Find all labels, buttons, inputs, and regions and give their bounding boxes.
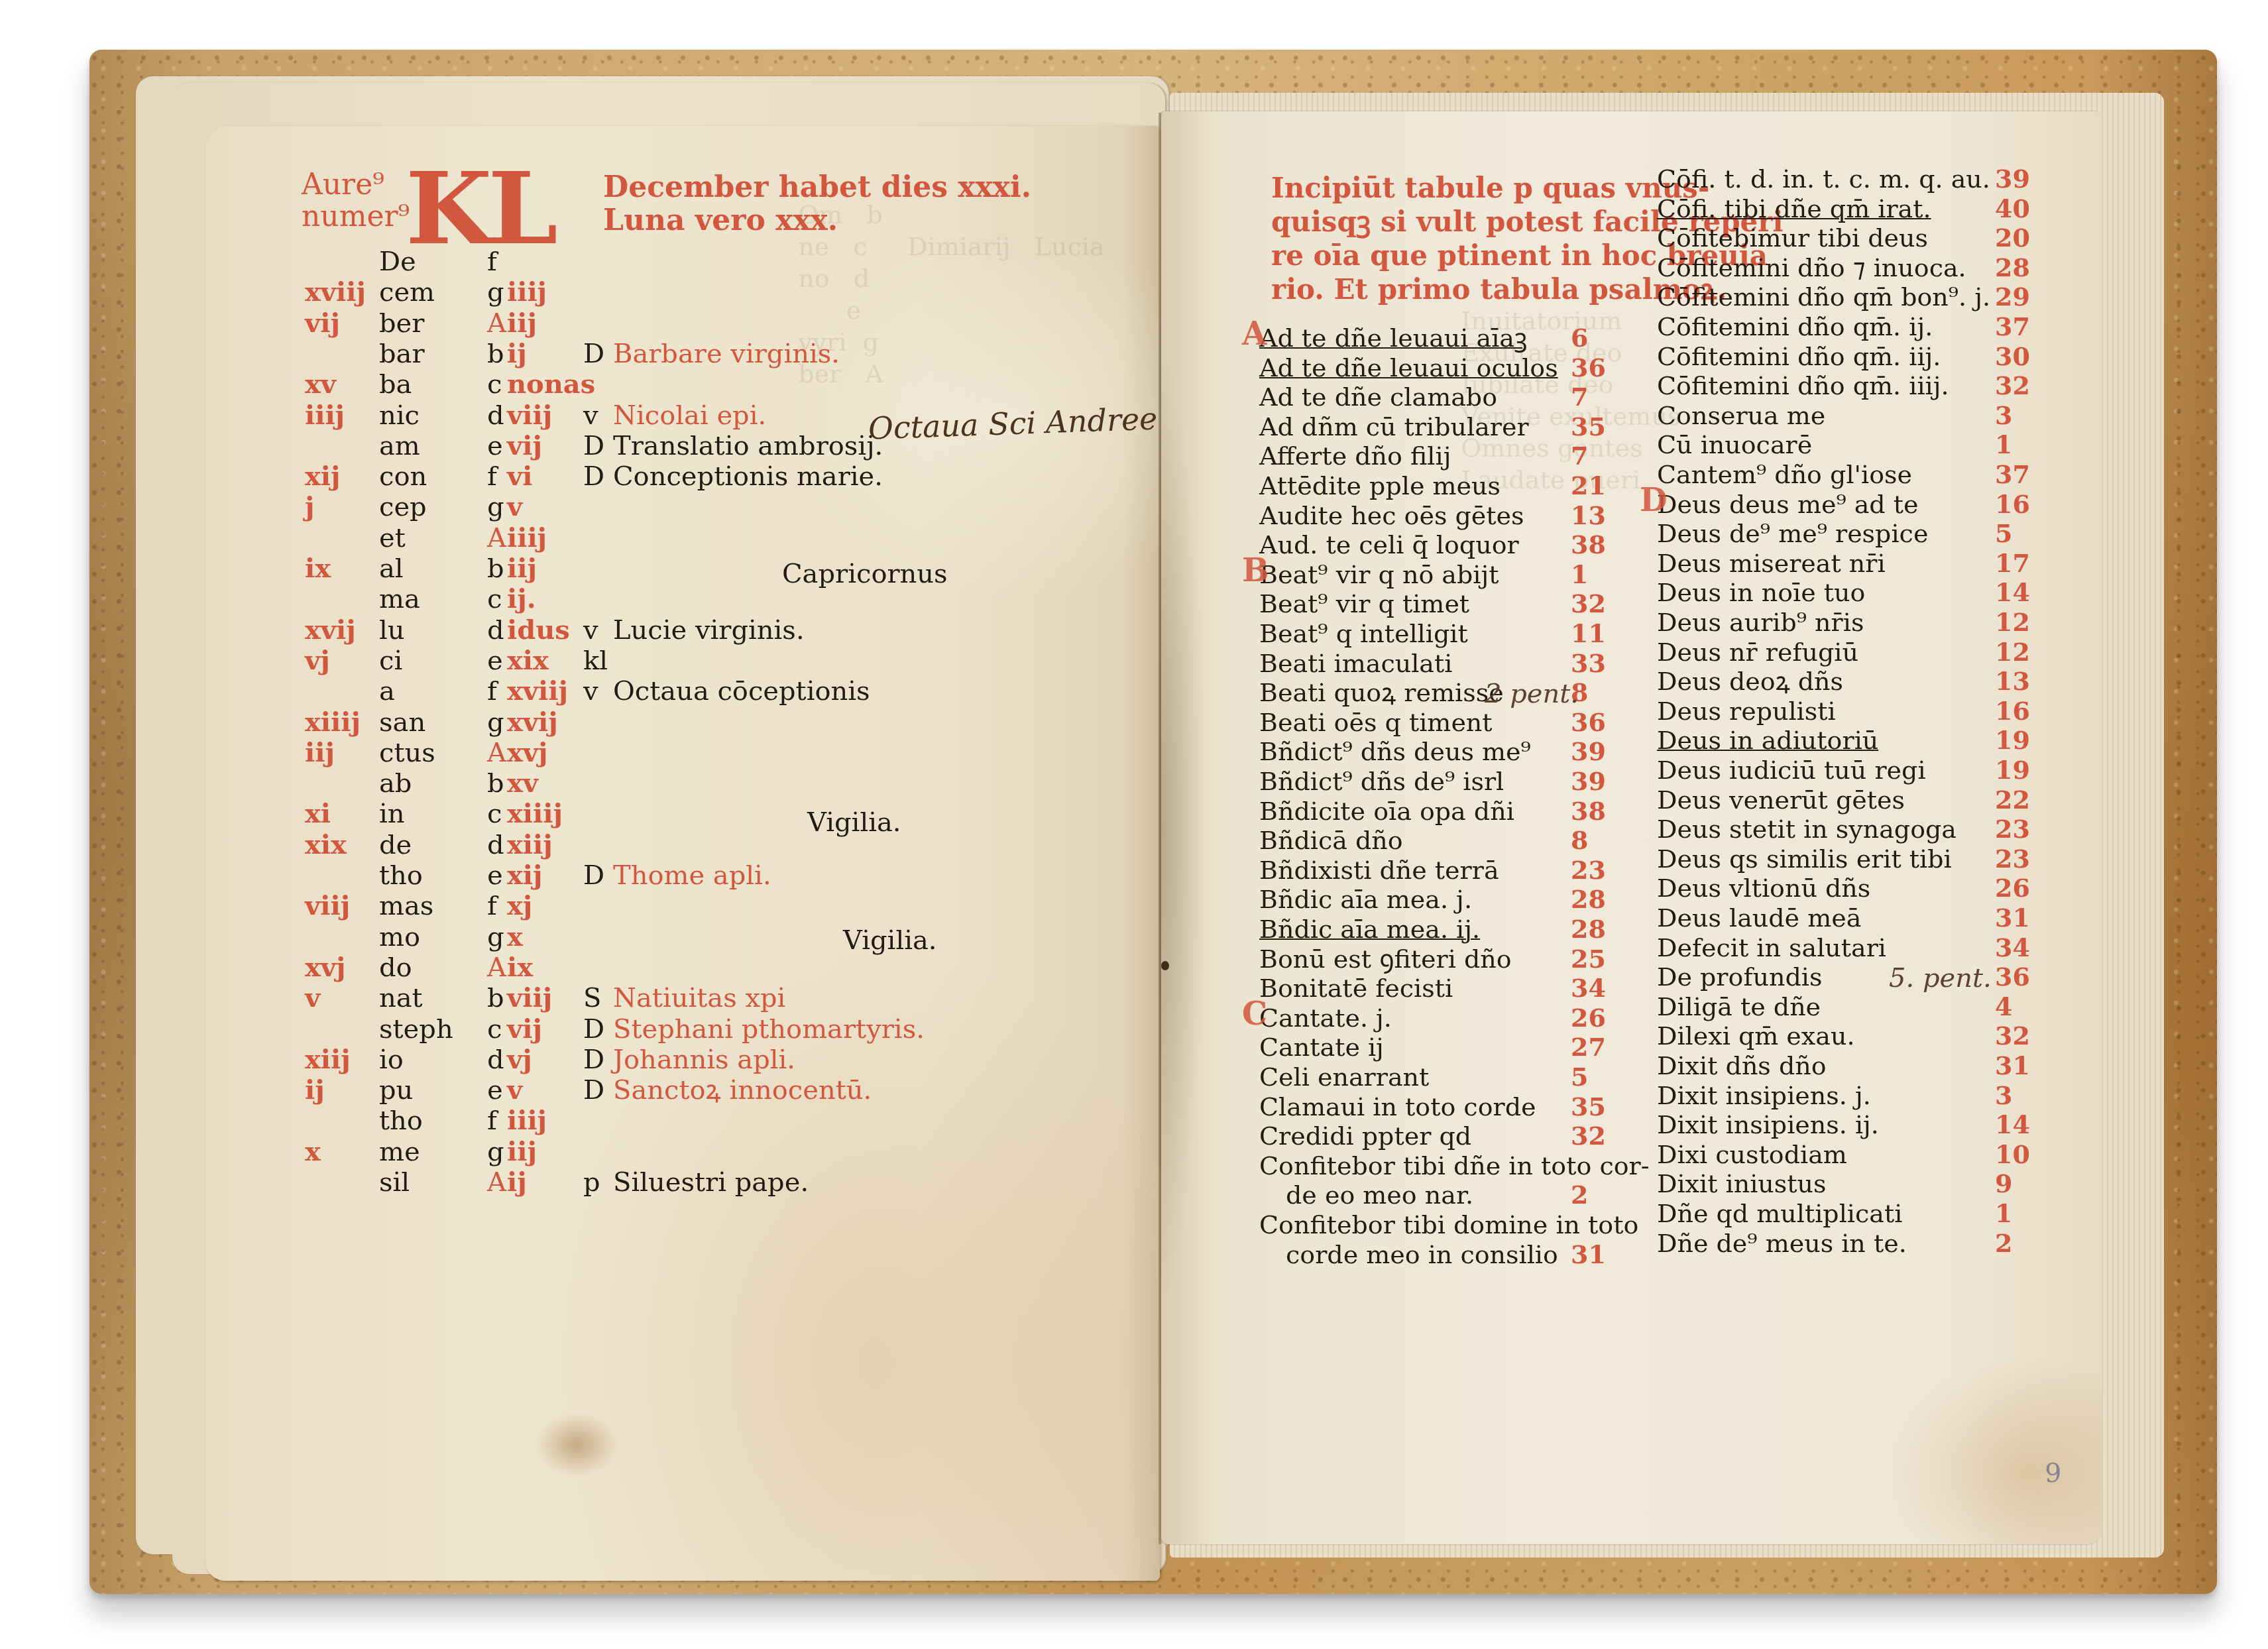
folio-number: 11 [1571,619,1606,648]
golden-number: xvj [305,952,346,983]
folio-number: 26 [1995,874,2030,903]
dominical-letter: c [487,369,502,400]
index-entry: Bñdic aīa mea. ij.28 [1259,915,1630,944]
roman-day: ij [507,339,527,369]
index-entry: Deus nr̄ refugiū12 [1657,638,2028,667]
psalm-incipit: Beat⁹ vir q timet [1259,589,1469,618]
aureus-numerus-label: Aure⁹ numer⁹ [302,169,410,233]
roman-day: vj [507,1045,532,1075]
cisiojanus-syllable: tho [379,860,423,891]
psalm-incipit: Beati imaculati [1259,649,1452,678]
psalm-incipit: Bñdicite oīa opa dñi [1259,797,1514,826]
roman-day: iiij [507,1106,547,1136]
cisiojanus-syllable: ctus [379,738,435,768]
index-entry: Afferte dño filij7 [1259,441,1630,471]
folio-number: 32 [1571,589,1606,618]
cisiojanus-syllable: de [379,830,412,860]
folio-number: 7 [1571,441,1588,471]
folio-number: 5 [1571,1062,1588,1092]
folio-number: 27 [1571,1033,1606,1062]
golden-number: xvij [305,615,356,646]
psalm-incipit: Cōfitemini dño ⁊ inuoca. [1657,253,1966,282]
folio-number: 28 [1995,253,2030,282]
index-entry: Beat⁹ vir q timet32 [1259,589,1630,618]
roman-day: vi [507,461,532,492]
rank-mark: kl [583,646,608,676]
vigilia-note-1: Vigilia. [807,807,901,838]
index-entry: Deus vltionū dñs26 [1657,874,2028,903]
rank-mark: S [583,983,601,1013]
manuscript-annotation: 2 pent. [1485,679,1579,709]
folio-number: 31 [1995,1051,2030,1080]
psalm-incipit: Bñdic aīa mea. ij. [1259,915,1480,944]
index-entry: Deus laudē meā31 [1657,903,2028,933]
feast-name: Barbare virginis. [613,339,840,369]
feast-name: Octaua cōceptionis [613,676,870,707]
feast-name: Natiuitas xpi [613,983,785,1013]
zodiac-capricornus: Capricornus [782,559,948,589]
folio-number: 16 [1995,490,2030,519]
dominical-letter: f [487,247,497,277]
feast-name: Nicolai epi. [613,400,766,431]
folio-number: 12 [1995,608,2030,637]
folio-number: 39 [1995,164,2030,194]
psalm-incipit: Beati oēs q timent [1259,708,1493,737]
dominical-letter: b [487,983,504,1013]
psalm-incipit: Dixi custodiam [1657,1140,1847,1169]
rank-mark: v [583,400,598,431]
index-entry: Audite hec oēs gētes13 [1259,501,1630,530]
index-entry: Bñdic aīa mea. j.28 [1259,885,1630,914]
index-entry: Bñdixisti dñe terrā23 [1259,856,1630,885]
index-entry: Deus repulisti16 [1657,697,2028,726]
cisiojanus-syllable: mo [379,922,420,952]
psalm-incipit: corde meo in consilio [1286,1240,1558,1269]
psalm-incipit: Bñdict⁹ dñs de⁹ isrl [1259,767,1504,796]
psalm-incipit: Ad te dñe clamabo [1259,382,1497,412]
psalm-incipit: Clamaui in toto corde [1259,1092,1536,1121]
index-entry: Ad dñm cū tribularer35 [1259,412,1630,441]
roman-day: xiij [507,830,553,860]
dominical-letter: g [487,707,504,738]
folio-number: 20 [1995,223,2030,253]
folio-number: 35 [1571,1092,1606,1121]
psalm-incipit: Dixit insipiens. ij. [1657,1110,1879,1139]
rank-mark: v [583,615,598,646]
psalm-incipit: Confitebor tibi dñe in toto cor- [1259,1151,1650,1180]
psalm-incipit: Cōfi. tibi dñe qm̄ irat. [1657,194,1931,223]
golden-number: ij [305,1075,325,1106]
index-entry: Bñdict⁹ dñs de⁹ isrl39 [1259,767,1630,796]
folio-number: 35 [1571,412,1606,441]
dominical-letter: b [487,339,504,369]
psalm-incipit: De profundis [1657,962,1822,992]
psalm-incipit: Cōfitemini dño qm̄. iiij. [1657,371,1949,400]
cisiojanus-syllable: ba [379,369,412,400]
golden-number: xviij [305,277,366,308]
feast-name: Sanctoꝝ innocentū. [613,1075,872,1106]
index-entry: Deus venerūt gētes22 [1657,785,2028,815]
golden-number: xix [305,830,347,860]
folio-number: 16 [1995,697,2030,726]
roman-day: vij [507,1014,542,1045]
folio-number: 9 [1995,1169,2012,1198]
index-entry: Deus misereat nr̄i17 [1657,549,2028,578]
folio-number: 37 [1995,312,2030,341]
index-entry: Bonitatē fecisti34 [1259,974,1630,1003]
psalm-incipit: Cōfitemini dño qm̄ bon⁹. j. [1657,282,1990,312]
psalm-incipit: Beat⁹ q intelligit [1259,619,1468,648]
cisiojanus-syllable: pu [379,1075,413,1106]
folio-number: 37 [1995,460,2030,489]
folio-number: 25 [1571,944,1606,974]
cisiojanus-syllable: et [379,523,406,553]
golden-number: viij [305,891,350,921]
folio-number: 10 [1995,1140,2030,1169]
index-entry: Cōfitemini dño qm̄. iij.30 [1657,342,2028,371]
rubricated-initial: A [1242,319,1267,349]
folio-number: 23 [1995,815,2030,844]
folio-number: 2 [1571,1180,1588,1210]
rank-mark: D [583,1075,604,1106]
roman-day: xix [507,646,549,676]
roman-day: ij [507,1167,527,1198]
index-entry: Diligā te dñe4 [1657,992,2028,1021]
folio-number: 13 [1571,501,1606,530]
folio-number: 21 [1571,471,1606,500]
cisiojanus-syllable: tho [379,1106,423,1136]
folio-number: 12 [1995,638,2030,667]
psalm-incipit: Cantate. j. [1259,1003,1392,1033]
roman-day: xv [507,768,538,799]
folio-number: 36 [1571,708,1606,737]
index-entry: Confitebor tibi dñe in toto cor- [1259,1151,1630,1180]
index-entry: Confitebor tibi domine in toto [1259,1210,1630,1239]
psalm-incipit: Confitebor tibi domine in toto [1259,1210,1638,1239]
vigilia-note-2: Vigilia. [843,925,937,956]
index-entry: Deus qs similis erit tibi23 [1657,844,2028,874]
cisiojanus-syllable: nat [379,983,423,1013]
dominical-letter: g [487,1137,504,1167]
dominical-letter: b [487,553,504,584]
index-entry: Dilexi qm̄ exau.32 [1657,1021,2028,1051]
sewing-thread [1161,961,1169,970]
golden-number: v [305,983,320,1013]
folio-number: 3 [1995,401,2012,430]
psalm-incipit: Deus aurib⁹ nr̄is [1657,608,1864,637]
golden-number: vij [305,308,340,339]
cisiojanus-syllable: me [379,1137,420,1167]
roman-day: xj [507,891,532,921]
roman-day: xviij [507,676,568,707]
index-entry: Cōfitemini dño qm̄ bon⁹. j.29 [1657,282,2028,312]
cisiojanus-syllable: ab [379,768,412,799]
dominical-letter: g [487,492,504,522]
dominical-letter: f [487,891,497,921]
rank-mark: D [583,860,604,891]
folio-number: 31 [1571,1240,1606,1269]
psalm-incipit: Cantem⁹ dño gl'iose [1657,460,1912,489]
index-entry: Bñdicā dño8 [1259,826,1630,855]
index-entry: Dixit insipiens. ij.14 [1657,1110,2028,1139]
index-entry: Deus deus me⁹ ad teD16 [1657,490,2028,519]
dominical-letter: d [487,1045,504,1075]
psalm-incipit: Cū inuocarē [1657,430,1812,459]
folio-number: 39 [1571,767,1606,796]
kl-initial: KL [406,159,554,258]
psalm-incipit: Bñdixisti dñe terrā [1259,856,1499,885]
cisiojanus-syllable: ma [379,584,420,614]
psalm-incipit: Deus iudiciū tuū regi [1657,756,1926,785]
psalm-incipit: Deus deus me⁹ ad te [1657,490,1919,519]
index-entry: Dixi custodiam10 [1657,1140,2028,1169]
folio-number: 26 [1571,1003,1606,1033]
index-entry: Deus in noīe tuo14 [1657,578,2028,607]
rubricated-initial: B [1242,556,1269,585]
month-heading: December habet dies xxxi. Luna vero xxx. [603,171,1031,237]
folio-number: 23 [1571,856,1606,885]
cisiojanus-syllable: al [379,553,404,584]
roman-day: v [507,1075,522,1106]
index-entry: Credidi ppter qd32 [1259,1121,1630,1151]
cisiojanus-syllable: ber [379,308,424,339]
psalm-incipit: Cantate ij [1259,1033,1384,1062]
gutter-fold [1159,113,1161,1544]
index-entry: Bñdicite oīa opa dñi38 [1259,797,1630,826]
psalm-incipit: Bñdic aīa mea. j. [1259,885,1472,914]
folio-number: 28 [1571,885,1606,914]
psalm-incipit: Deus venerūt gētes [1657,785,1905,815]
folio-number: 23 [1995,844,2030,874]
golden-number: iij [305,738,335,768]
index-entry: Deus aurib⁹ nr̄is12 [1657,608,2028,637]
folio-number: 32 [1571,1121,1606,1151]
index-entry: Ad te dñe clamabo7 [1259,382,1630,412]
golden-number: xiiij [305,707,361,738]
psalm-incipit: Diligā te dñe [1657,992,1821,1021]
manuscript-annotation: 5. pent. [1889,964,1992,993]
psalm-incipit: Celi enarrant [1259,1062,1429,1092]
folio-number: 34 [1571,974,1606,1003]
psalm-incipit: Bonitatē fecisti [1259,974,1453,1003]
roman-day: xiiij [507,799,563,829]
dominical-letter: e [487,860,503,891]
cisiojanus-syllable: De [379,247,416,277]
index-entry: Aud. te celi q̄ loquor38 [1259,530,1630,559]
roman-day: xvj [507,738,548,768]
psalm-incipit: Deus misereat nr̄i [1657,549,1886,578]
folio-number: 29 [1995,282,2030,312]
pencil-foliation: 9 [2045,1458,2061,1489]
rubricated-initial: C [1242,999,1267,1029]
index-entry: Cōfitemini dño qm̄. iiij.32 [1657,371,2028,400]
cisiojanus-syllable: nic [379,400,420,431]
cisiojanus-syllable: ci [379,646,402,676]
roman-day: ix [507,952,533,983]
psalm-incipit: Bñdicā dño [1259,826,1403,855]
psalm-incipit: Dixit iniustus [1657,1169,1827,1198]
psalm-incipit: Dñe de⁹ meus in te. [1657,1229,1907,1258]
index-entry: Dñe qd multiplicati1 [1657,1199,2028,1228]
index-entry: Beati oēs q timent36 [1259,708,1630,737]
cisiojanus-syllable: con [379,461,427,492]
index-entry: Celi enarrant5 [1259,1062,1630,1092]
index-entry: de eo meo nar.2 [1259,1180,1630,1210]
roman-day: xij [507,860,543,891]
cisiojanus-syllable: bar [379,339,425,369]
golden-number: xi [305,799,331,829]
month-days-line: December habet dies xxxi. [603,171,1031,204]
index-entry: Cōfi. tibi dñe qm̄ irat.40 [1657,194,2028,223]
dominical-letter: e [487,646,503,676]
dominical-letter: A [487,523,506,553]
dominical-letter: A [487,1167,506,1198]
index-entry: Bñdict⁹ dñs deus me⁹39 [1259,737,1630,766]
dominical-letter: d [487,615,504,646]
index-entry: Deus in adiutoriū19 [1657,726,2028,755]
psalm-incipit: Cōfi. t. d. in. t. c. m. q. au. [1657,164,1990,194]
roman-day: x [507,922,523,952]
cisiojanus-syllable: sil [379,1167,410,1198]
index-entry: Cū inuocarē1 [1657,430,2028,459]
golden-number: ix [305,553,331,584]
psalm-incipit: Bñdict⁹ dñs deus me⁹ [1259,737,1531,766]
folio-number: 1 [1995,430,2012,459]
folio-number: 19 [1995,726,2030,755]
index-entry: Cōfitemini dño ⁊ inuoca.28 [1657,253,2028,282]
dominical-letter: g [487,277,504,308]
roman-day: vij [507,431,542,461]
roman-day: ij. [507,584,536,614]
folio-number: 32 [1995,1021,2030,1051]
index-entry: Beat⁹ vir q nō abijtB1 [1259,560,1630,589]
rank-mark: D [583,339,604,369]
dominical-letter: c [487,1014,502,1045]
index-entry: Cantem⁹ dño gl'iose37 [1657,460,2028,489]
index-entry: Deus stetit in synagoga23 [1657,815,2028,844]
folio-number: 30 [1995,342,2030,371]
psalm-incipit: Deus in noīe tuo [1657,578,1865,607]
folio-number: 13 [1995,667,2030,696]
psalm-incipit: de eo meo nar. [1286,1180,1473,1210]
dominical-letter: e [487,1075,503,1106]
psalm-incipit: Credidi ppter qd [1259,1121,1471,1151]
folio-number: 36 [1571,353,1606,382]
rank-mark: p [583,1167,600,1198]
psalm-incipit: Ad dñm cū tribularer [1259,412,1529,441]
index-entry: Dixit dñs dño31 [1657,1051,2028,1080]
psalm-incipit: Audite hec oēs gētes [1259,501,1524,530]
psalm-incipit: Deus in adiutoriū [1657,726,1878,755]
golden-number: xv [305,369,336,400]
index-entry: Dixit insipiens. j.3 [1657,1081,2028,1110]
dominical-letter: f [487,461,497,492]
roman-day: nonas [507,369,595,400]
roman-day: xvij [507,707,558,738]
rubricated-initial: D [1640,486,1668,515]
folio-number: 38 [1571,797,1606,826]
index-entry: Deus de⁹ me⁹ respice5 [1657,519,2028,548]
psalm-incipit: Bonū est ꝯfiteri dño [1259,944,1512,974]
index-entry: Cōfi. t. d. in. t. c. m. q. au.39 [1657,164,2028,194]
index-entry: corde meo in consilio31 [1259,1240,1630,1269]
feast-name: Conceptionis marie. [613,461,883,492]
psalm-incipit: Beat⁹ vir q nō abijt [1259,560,1499,589]
dominical-letter: A [487,738,506,768]
folio-number: 38 [1571,530,1606,559]
psalm-incipit: Deus stetit in synagoga [1657,815,1956,844]
folio-number: 1 [1995,1199,2012,1228]
golden-number: x [305,1137,321,1167]
folio-number: 31 [1995,903,2030,933]
psalm-incipit: Dixit dñs dño [1657,1051,1827,1080]
folio-number: 1 [1571,560,1588,589]
dominical-letter: d [487,400,504,431]
golden-number: xij [305,461,341,492]
folio-number: 8 [1571,826,1588,855]
feast-name: Stephani pthomartyris. [613,1014,925,1045]
psalm-incipit: Cōfitebimur tibi deus [1657,223,1928,253]
roman-day: iij [507,308,537,339]
psalm-incipit: Attēdite pple meus [1259,471,1501,500]
folio-number: 4 [1995,992,2012,1021]
feast-name: Siluestri pape. [613,1167,809,1198]
roman-day: idus [507,615,570,646]
roman-day: viij [507,400,552,431]
cisiojanus-syllable: a [379,676,395,707]
folio-number: 28 [1571,915,1606,944]
feast-name: Thome apli. [613,860,771,891]
psalm-incipit: Deus laudē meā [1657,903,1861,933]
roman-day: viij [507,983,552,1013]
dominical-letter: c [487,799,502,829]
psalm-incipit: Beati quoꝝ remisse [1259,678,1504,707]
psalm-incipit: Deus de⁹ me⁹ respice [1657,519,1928,548]
aureus-label-line-1: Aure⁹ [302,169,410,201]
folio-number: 40 [1995,194,2030,223]
index-entry: Deus deoꝝ dñs13 [1657,667,2028,696]
cisiojanus-syllable: do [379,952,412,983]
index-entry: Dñe de⁹ meus in te.2 [1657,1229,2028,1258]
index-entry: Cantate ij27 [1259,1033,1630,1062]
psalm-incipit: Afferte dño filij [1259,441,1451,471]
cisiojanus-syllable: io [379,1045,404,1075]
cisiojanus-syllable: in [379,799,405,829]
index-entry: Beati quoꝝ remisse82 pent. [1259,678,1630,707]
folio-number: 17 [1995,549,2030,578]
index-entry: Dixit iniustus9 [1657,1169,2028,1198]
roman-day: iiij [507,523,547,553]
folio-number: 36 [1995,962,2030,992]
folio-number: 14 [1995,1110,2030,1139]
dominical-letter: A [487,952,506,983]
index-entry: Bonū est ꝯfiteri dño25 [1259,944,1630,974]
cisiojanus-syllable: am [379,431,420,461]
folio-number: 14 [1995,578,2030,607]
folio-number: 19 [1995,756,2030,785]
golden-number: vj [305,646,330,676]
psalm-incipit: Aud. te celi q̄ loquor [1259,530,1519,559]
cisiojanus-syllable: steph [379,1014,453,1045]
golden-number: j [305,492,314,522]
dominical-letter: A [487,308,506,339]
golden-number: xiij [305,1045,351,1075]
psalm-incipit: Deus qs similis erit tibi [1657,844,1952,874]
golden-number: iiij [305,400,345,431]
rank-mark: D [583,1014,604,1045]
dominical-letter: d [487,830,504,860]
index-entry: Beat⁹ q intelligit11 [1259,619,1630,648]
